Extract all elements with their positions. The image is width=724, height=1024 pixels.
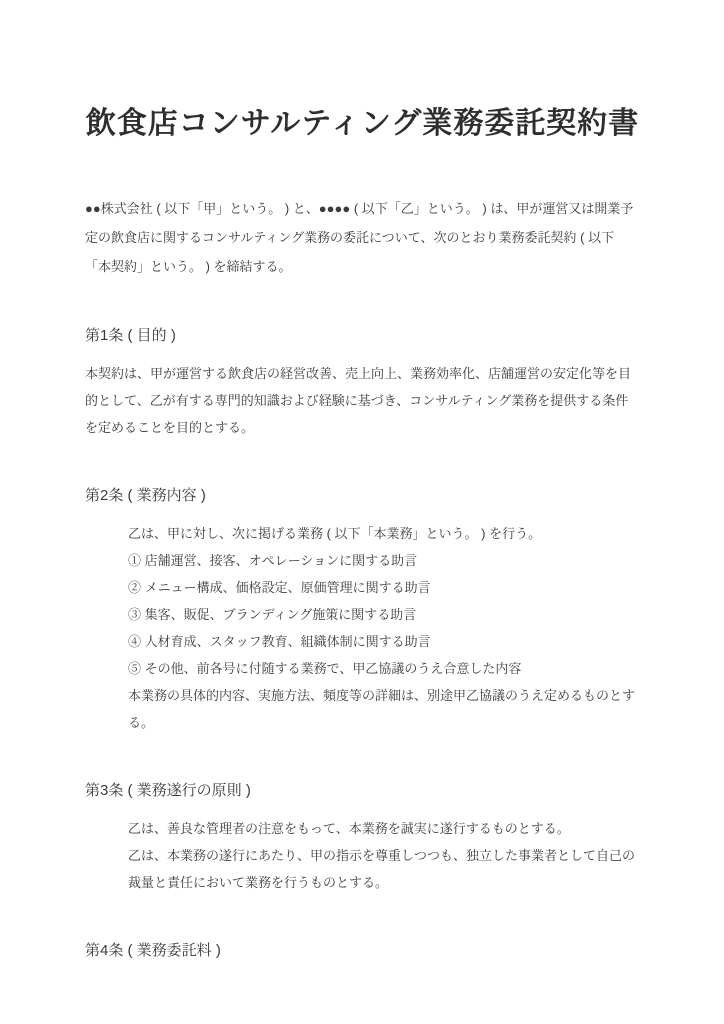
contract-article: 第2条 ( 業務内容 ) 乙は、甲に対し、次に掲げる業務 ( 以下「本業務」とい… bbox=[85, 485, 640, 736]
article-heading: 第1条 ( 目的 ) bbox=[85, 325, 640, 346]
article-paragraph: ⑤ その他、前各号に付随する業務で、甲乙協議のうえ合意した内容 bbox=[128, 655, 640, 682]
article-paragraph: 乙は、本業務の遂行にあたり、甲の指示を尊重しつつも、独立した事業者として自己の裁… bbox=[128, 842, 640, 896]
article-paragraph: ② メニュー構成、価格設定、原価管理に関する助言 bbox=[128, 574, 640, 601]
article-heading: 第2条 ( 業務内容 ) bbox=[85, 485, 640, 506]
contract-article: 第3条 ( 業務遂行の原則 ) 乙は、善良な管理者の注意をもって、本業務を誠実に… bbox=[85, 780, 640, 896]
article-paragraph: ① 店舗運営、接客、オペレーションに関する助言 bbox=[128, 547, 640, 574]
article-body: 乙は、甲に対し、次に掲げる業務 ( 以下「本業務」という。 ) を行う。① 店舗… bbox=[128, 520, 640, 736]
article-heading: 第4条 ( 業務委託料 ) bbox=[85, 940, 640, 961]
articles-container: 第1条 ( 目的 ) 本契約は、甲が運営する飲食店の経営改善、売上向上、業務効率… bbox=[85, 325, 640, 961]
article-paragraph: 乙は、善良な管理者の注意をもって、本業務を誠実に遂行するものとする。 bbox=[128, 815, 640, 842]
article-paragraph: ③ 集客、販促、ブランディング施策に関する助言 bbox=[128, 601, 640, 628]
article-paragraph: 本契約は、甲が運営する飲食店の経営改善、売上向上、業務効率化、店舗運営の安定化等… bbox=[85, 360, 640, 441]
article-body: 乙は、善良な管理者の注意をもって、本業務を誠実に遂行するものとする。乙は、本業務… bbox=[128, 815, 640, 896]
contract-preamble: ●●株式会社 ( 以下「甲」という。 ) と、●●●● ( 以下「乙」という。 … bbox=[85, 194, 640, 281]
document-title: 飲食店コンサルティング業務委託契約書 bbox=[85, 106, 640, 142]
contract-article: 第4条 ( 業務委託料 ) bbox=[85, 940, 640, 961]
article-body: 本契約は、甲が運営する飲食店の経営改善、売上向上、業務効率化、店舗運営の安定化等… bbox=[85, 360, 640, 441]
contract-document-page: 飲食店コンサルティング業務委託契約書 ●●株式会社 ( 以下「甲」という。 ) … bbox=[0, 0, 724, 1024]
article-paragraph: 乙は、甲に対し、次に掲げる業務 ( 以下「本業務」という。 ) を行う。 bbox=[128, 520, 640, 547]
article-paragraph: 本業務の具体的内容、実施方法、頻度等の詳細は、別途甲乙協議のうえ定めるものとする… bbox=[128, 682, 640, 736]
article-heading: 第3条 ( 業務遂行の原則 ) bbox=[85, 780, 640, 801]
contract-article: 第1条 ( 目的 ) 本契約は、甲が運営する飲食店の経営改善、売上向上、業務効率… bbox=[85, 325, 640, 441]
article-paragraph: ④ 人材育成、スタッフ教育、組織体制に関する助言 bbox=[128, 628, 640, 655]
